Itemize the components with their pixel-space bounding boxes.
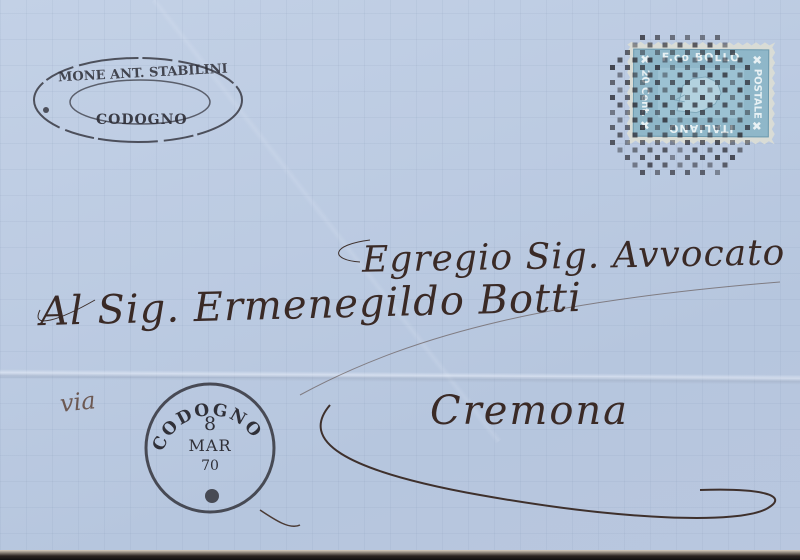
- postmark-day: 8: [140, 413, 280, 435]
- address-salutation: Egregio Sig. Avvocato: [362, 232, 786, 280]
- postmark-year: 70: [140, 458, 280, 474]
- via-note: via: [59, 386, 97, 418]
- postmark: CODOGNO 8 MAR 70: [140, 378, 280, 518]
- postmark-month: MAR: [140, 436, 280, 455]
- cachet-bottom-text: CODOGNO: [96, 112, 188, 128]
- cover-bottom-edge: [0, 550, 800, 560]
- dotted-cancel-icon: [580, 20, 780, 190]
- sender-cachet: MONE ANT. STABILINI CODOGNO: [28, 52, 248, 148]
- postal-cover: MONE ANT. STABILINI CODOGNO F.co BOLLO I…: [0, 0, 800, 560]
- address-city: Cremona: [430, 388, 629, 434]
